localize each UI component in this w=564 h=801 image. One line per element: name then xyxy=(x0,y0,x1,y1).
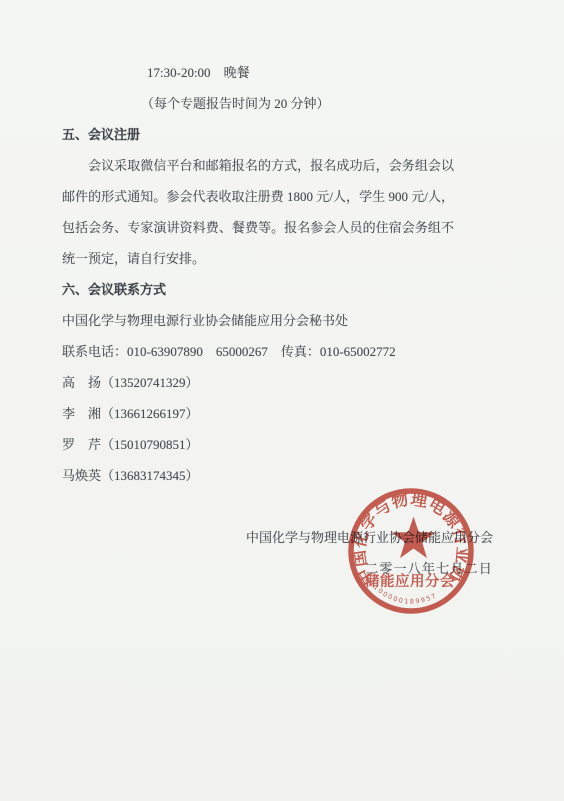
registration-paragraph-line3: 包括会务、专家演讲资料费、餐费等。报名参会人员的住宿会务组不 xyxy=(62,212,454,243)
registration-paragraph-line2: 邮件的形式通知。参会代表收取注册费 1800 元/人，学生 900 元/人， xyxy=(62,181,454,212)
contact-line: 罗 芹（15010790851） xyxy=(62,429,454,460)
schedule-dinner-line: 17:30-20:00晚餐 xyxy=(62,57,454,88)
dinner-label: 晚餐 xyxy=(224,65,250,80)
contact-line: 高 扬（13520741329） xyxy=(62,367,454,398)
official-seal: 中国化学与物理电源行业协会 储能应用分会 1100000189957 xyxy=(336,476,486,626)
secretariat-line: 中国化学与物理电源行业协会储能应用分会秘书处 xyxy=(62,305,454,336)
document-body: 17:30-20:00晚餐 （每个专题报告时间为 20 分钟） 五、会议注册 会… xyxy=(62,57,454,491)
seal-star-icon xyxy=(392,517,436,559)
section6-heading: 六、会议联系方式 xyxy=(62,274,454,305)
contact-line: 李 湘（13661266197） xyxy=(62,398,454,429)
registration-paragraph-line1: 会议采取微信平台和邮箱报名的方式，报名成功后，会务组会以 xyxy=(62,150,454,181)
scanned-document-page: 17:30-20:00晚餐 （每个专题报告时间为 20 分钟） 五、会议注册 会… xyxy=(0,0,564,801)
registration-paragraph-line4: 统一预定，请自行安排。 xyxy=(62,243,454,274)
phone-fax-line: 联系电话：010-63907890 65000267 传真：010-650027… xyxy=(62,336,454,367)
section5-heading: 五、会议注册 xyxy=(62,119,454,150)
dinner-time-range: 17:30-20:00 xyxy=(147,65,211,80)
schedule-note: （每个专题报告时间为 20 分钟） xyxy=(62,88,454,119)
